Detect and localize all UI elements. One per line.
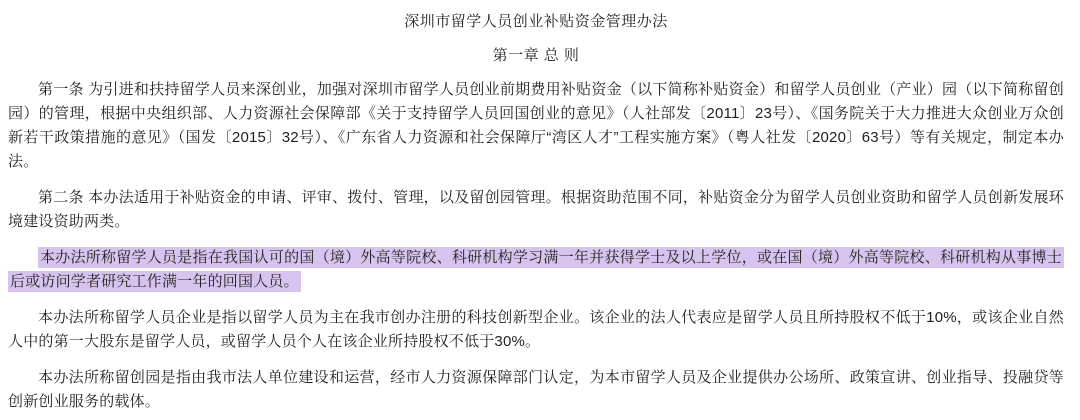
paragraph-definition-returnee: 本办法所称留学人员是指在我国认可的国（境）外高等院校、科研机构学习满一年并获得学… — [8, 246, 1064, 294]
paragraph-definition-park: 本办法所称留创园是指由我市法人单位建设和运营，经市人力资源保障部门认定，为本市留… — [8, 366, 1064, 414]
chapter-heading: 第一章 总 则 — [8, 44, 1064, 68]
paragraph-definition-enterprise: 本办法所称留学人员企业是指以留学人员为主在我市创办注册的科技创新型企业。该企业的… — [8, 306, 1064, 354]
paragraph-article-1: 第一条 为引进和扶持留学人员来深创业，加强对深圳市留学人员创业前期费用补贴资金（… — [8, 78, 1064, 174]
document-title: 深圳市留学人员创业补贴资金管理办法 — [8, 10, 1064, 34]
document-page: 深圳市留学人员创业补贴资金管理办法 第一章 总 则 第一条 为引进和扶持留学人员… — [0, 0, 1080, 420]
highlighted-text: 本办法所称留学人员是指在我国认可的国（境）外高等院校、科研机构学习满一年并获得学… — [8, 247, 1064, 292]
paragraph-article-2: 第二条 本办法适用于补贴资金的申请、评审、拨付、管理，以及留创园管理。根据资助范… — [8, 186, 1064, 234]
